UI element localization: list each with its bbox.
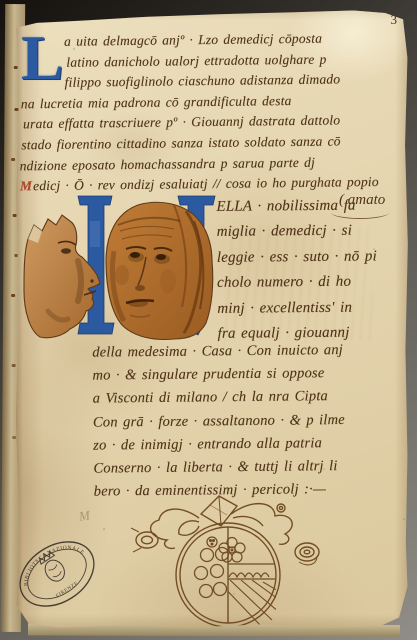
manuscript-line: a Visconti di milano / ch la nra Cipta <box>93 385 403 411</box>
medici-palle <box>195 537 229 598</box>
manuscript-page: 3 L a uita delmagcō anjº · Lzo demedicj … <box>13 8 409 630</box>
text-column-beside-initial: ELLA · nobilissima fa miglia · demedicj … <box>216 193 407 347</box>
manuscript-line: mo · & singulare prudentia si oppose <box>92 362 402 388</box>
text-block-lower: della medesima · Casa · Con inuicto anj … <box>92 338 404 504</box>
manuscript-line: zo · de inimigj · entrando alla patria <box>93 431 403 457</box>
side-roll-right <box>295 543 319 565</box>
library-stamp: BIBLIOTECA NAZIONALE FIRENZE <box>9 526 105 622</box>
crest-open-book <box>201 496 237 526</box>
manuscript-line: cholo numero · di ho <box>217 269 407 296</box>
medici-coat-of-arms <box>113 488 353 628</box>
ink-marks-on-folio-edge <box>14 66 18 69</box>
manuscript-line: leggie · ess · suto · nō pi <box>217 244 407 271</box>
manuscript-line: della medesima · Casa · Con inuicto anj <box>92 338 402 364</box>
side-roll-left <box>131 528 158 552</box>
manuscript-line: minj · excellentiss' in <box>217 295 407 322</box>
right-portrait-head <box>106 202 213 339</box>
initial-miniature-two-heads <box>18 191 218 341</box>
manuscript-line: Conserno · la liberta · & tuttj li altrj… <box>93 454 403 480</box>
stamp-city-text: FIRENZE <box>55 580 80 599</box>
manuscript-line: miglia · demedicj · si <box>217 219 407 246</box>
rose-charge <box>219 538 245 563</box>
marginal-note: M <box>78 507 91 524</box>
text-block-opening: a uita delmagcō anjº · Lzo demedicj cōpo… <box>18 28 408 197</box>
manuscript-line: ELLA · nobilissima fa <box>216 193 406 220</box>
manuscript-photo: 3 L a uita delmagcō anjº · Lzo demedicj … <box>0 0 417 640</box>
manuscript-line: Con grā · forze · assaltanono · & p ilme <box>93 408 403 434</box>
embattled-fess <box>228 564 275 579</box>
